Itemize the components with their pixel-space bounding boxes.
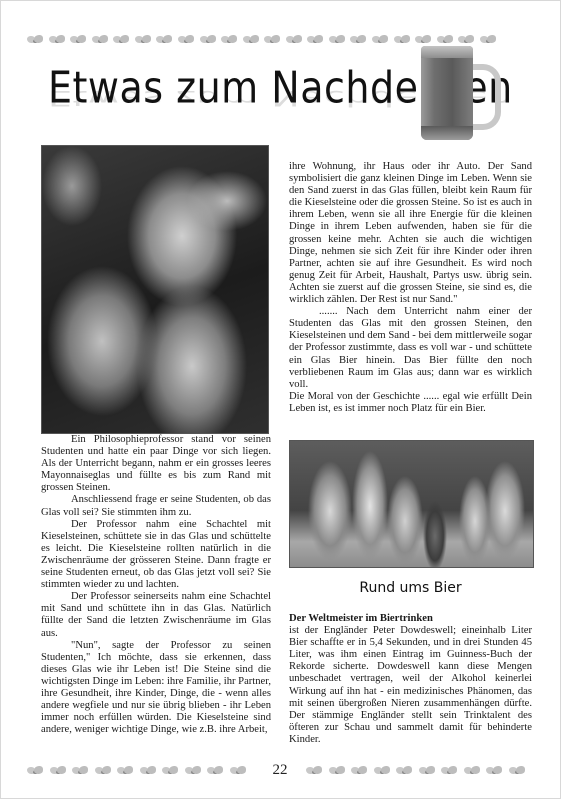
grape-leaf-icon <box>71 766 90 775</box>
grape-leaf-icon <box>206 766 225 775</box>
assorted-beer-glasses-photo <box>289 440 534 568</box>
page-number: 22 <box>264 762 296 779</box>
grape-leaf-icon <box>485 766 504 775</box>
grape-leaf-icon <box>94 766 113 775</box>
grape-leaf-icon <box>440 766 459 775</box>
grape-leaf-icon <box>328 35 347 44</box>
grape-leaf-icon <box>373 766 392 775</box>
sidebar-column: Der Weltmeister im Biertrinken ist der E… <box>289 613 532 746</box>
beer-mug-icon <box>421 46 481 142</box>
grape-leaf-icon <box>463 766 482 775</box>
grape-leaf-icon <box>436 35 455 44</box>
grape-leaf-icon <box>305 766 324 775</box>
article-paragraph: ihre Wohnung, ihr Haus oder ihr Auto. De… <box>289 161 532 306</box>
grape-leaf-icon <box>184 766 203 775</box>
grape-leaf-icon <box>48 35 67 44</box>
grape-leaf-icon <box>350 766 369 775</box>
article-moral: Die Moral von der Geschichte ...... egal… <box>289 391 532 415</box>
mug-foam <box>421 46 473 58</box>
article-paragraph: "Nun", sagte der Professor zu seinen Stu… <box>41 640 271 737</box>
grape-leaf-icon <box>229 766 248 775</box>
grape-leaf-icon <box>139 766 158 775</box>
grape-leaf-icon <box>134 35 153 44</box>
grape-leaf-icon <box>155 35 174 44</box>
article-paragraph: Der Professor nahm eine Schachtel mit Ki… <box>41 519 271 592</box>
article-paragraph: Ein Philosophieprofessor stand vor seine… <box>41 434 271 494</box>
grape-leaf-icon <box>479 35 498 44</box>
grape-leaf-icon <box>112 35 131 44</box>
grape-leaf-icon <box>220 35 239 44</box>
grape-leaf-icon <box>26 766 45 775</box>
grape-leaf-icon <box>393 35 412 44</box>
article-paragraph: Anschliessend frage er seine Studenten, … <box>41 494 271 518</box>
grape-leaf-icon <box>69 35 88 44</box>
grape-leaf-icon <box>199 35 218 44</box>
article-paragraph: Der Professor seinerseits nahm eine Scha… <box>41 591 271 639</box>
grape-leaf-icon <box>285 35 304 44</box>
grape-leaf-icon <box>349 35 368 44</box>
article-column-left: Ein Philosophieprofessor stand vor seine… <box>41 434 271 736</box>
bottom-ornament-right <box>305 764 527 776</box>
grape-leaf-icon <box>177 35 196 44</box>
article-column-right: ihre Wohnung, ihr Haus oder ihr Auto. De… <box>289 161 532 415</box>
sidebar-heading: Rund ums Bier <box>289 580 532 596</box>
grape-leaf-icon <box>328 766 347 775</box>
grape-leaf-icon <box>49 766 68 775</box>
sidebar-subheading: Der Weltmeister im Biertrinken <box>289 613 532 625</box>
mug-base <box>421 126 473 140</box>
grape-leaf-icon <box>306 35 325 44</box>
grape-leaf-icon <box>414 35 433 44</box>
top-ornament-border <box>26 33 498 45</box>
grape-leaf-icon <box>508 766 527 775</box>
grape-leaf-icon <box>395 766 414 775</box>
grape-leaf-icon <box>161 766 180 775</box>
grape-leaf-icon <box>242 35 261 44</box>
grape-leaf-icon <box>371 35 390 44</box>
grape-leaf-icon <box>116 766 135 775</box>
toasting-beer-mugs-photo <box>41 145 269 434</box>
grape-leaf-icon <box>91 35 110 44</box>
sidebar-body: ist der Engländer Peter Dowdeswell; eine… <box>289 625 532 746</box>
grape-leaf-icon <box>418 766 437 775</box>
bottom-ornament-left <box>26 764 248 776</box>
grape-leaf-icon <box>26 35 45 44</box>
grape-leaf-icon <box>263 35 282 44</box>
mug-handle <box>469 64 501 130</box>
article-paragraph: ....... Nach dem Unterricht nahm einer d… <box>289 306 532 391</box>
grape-leaf-icon <box>457 35 476 44</box>
